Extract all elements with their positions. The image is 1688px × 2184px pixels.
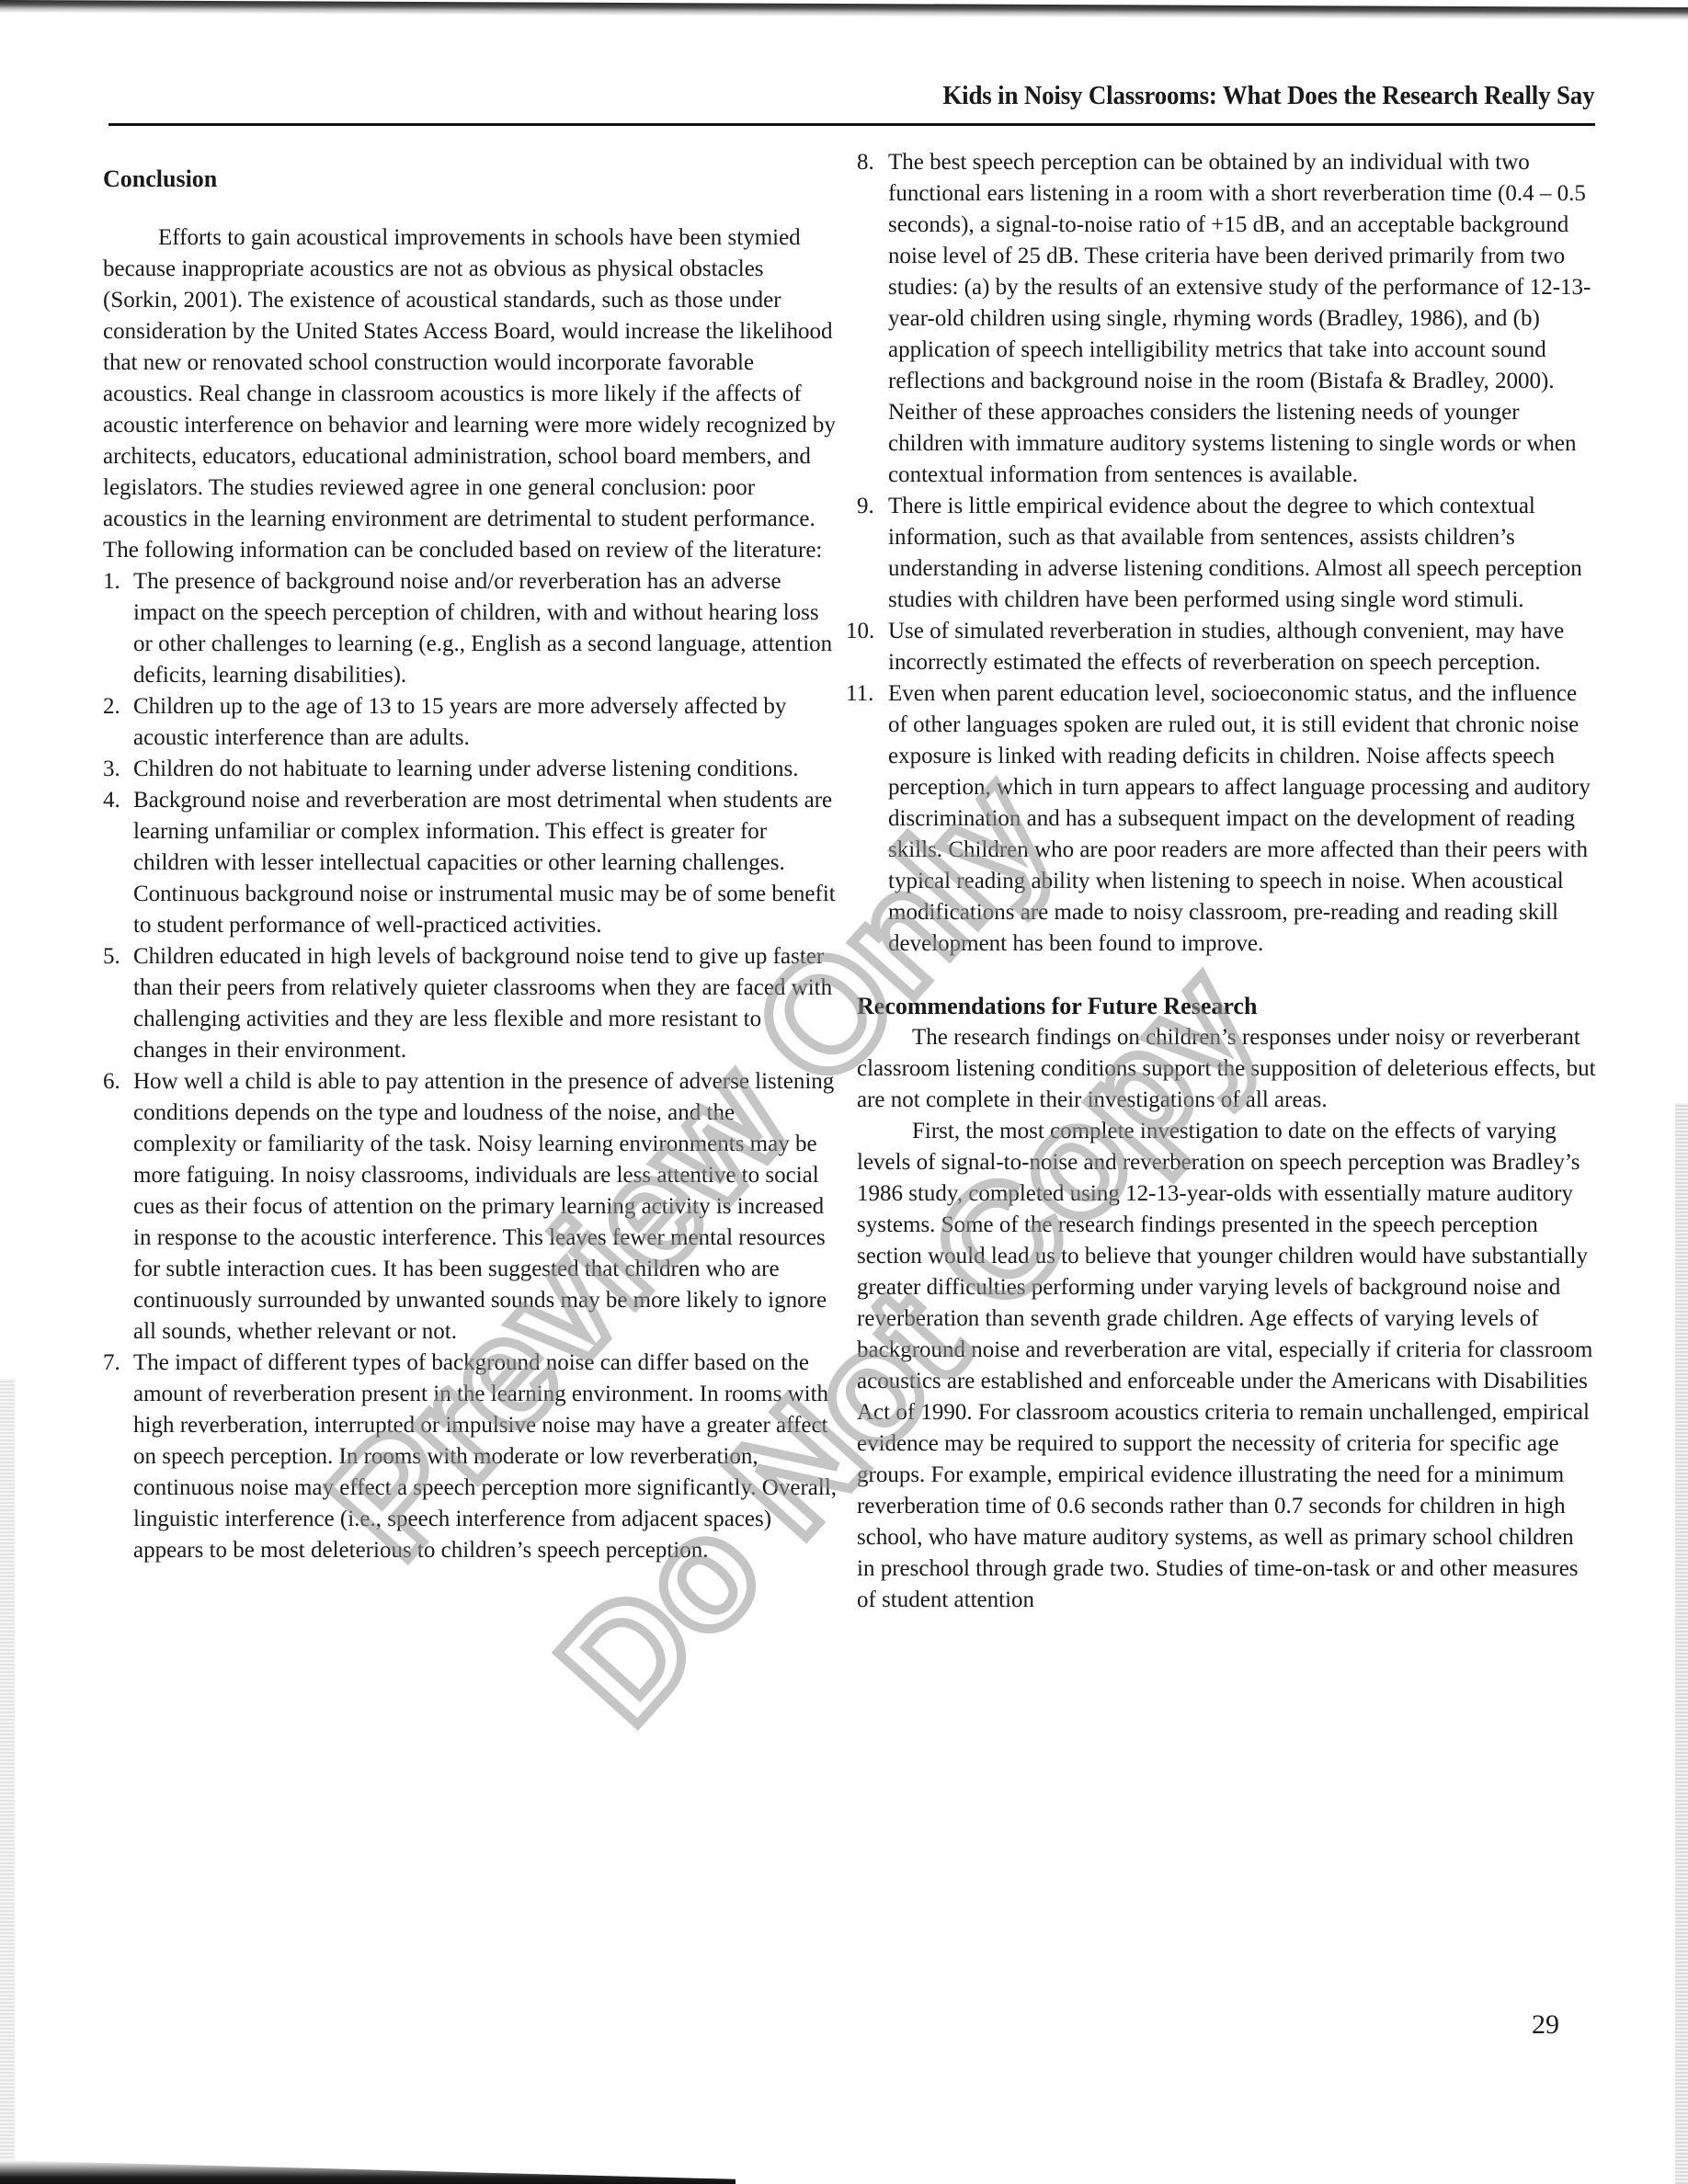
item-number: 5. — [103, 941, 120, 973]
list-item: 4.Background noise and reverberation are… — [103, 785, 838, 941]
left-column: Conclusion Efforts to gain acoustical im… — [103, 164, 838, 1566]
item-number: 1. — [103, 566, 120, 597]
item-text: There is little empirical evidence about… — [888, 494, 1582, 612]
right-column: 8.The best speech perception can be obta… — [857, 147, 1597, 1616]
item-text: The best speech perception can be obtain… — [888, 150, 1591, 487]
item-text: Background noise and reverberation are m… — [133, 788, 836, 938]
conclusion-list-part-2: 8.The best speech perception can be obta… — [857, 147, 1597, 960]
list-item: 6.How well a child is able to pay attent… — [103, 1066, 838, 1348]
item-text: Children do not habituate to learning un… — [133, 756, 798, 781]
item-text: The impact of different types of backgro… — [133, 1350, 837, 1563]
recommendations-paragraph: First, the most complete investigation t… — [857, 1116, 1597, 1616]
page-number: 29 — [1532, 2009, 1559, 2041]
list-item: 9.There is little empirical evidence abo… — [857, 491, 1597, 616]
header-rule — [108, 123, 1595, 126]
list-item: 10.Use of simulated reverberation in stu… — [857, 616, 1597, 678]
item-number: 8. — [857, 147, 874, 178]
item-number: 7. — [103, 1348, 120, 1379]
list-item: 5.Children educated in high levels of ba… — [103, 941, 838, 1066]
item-text: Children up to the age of 13 to 15 years… — [133, 694, 786, 750]
item-text: Children educated in high levels of back… — [133, 944, 832, 1063]
item-text: Even when parent education level, socioe… — [888, 681, 1591, 956]
item-number: 11. — [846, 678, 873, 710]
list-item: 3.Children do not habituate to learning … — [103, 754, 838, 785]
recommendations-heading: Recommendations for Future Research — [857, 991, 1597, 1022]
list-item: 11.Even when parent education level, soc… — [857, 678, 1597, 960]
item-number: 9. — [857, 491, 874, 522]
item-text: Use of simulated reverberation in studie… — [888, 619, 1564, 675]
item-number: 4. — [103, 785, 120, 816]
list-item: 2.Children up to the age of 13 to 15 yea… — [103, 691, 838, 754]
running-head: Kids in Noisy Classrooms: What Does the … — [942, 81, 1594, 111]
item-number: 10. — [846, 616, 874, 647]
list-item: 7.The impact of different types of backg… — [103, 1348, 838, 1566]
conclusion-intro: Efforts to gain acoustical improvements … — [103, 222, 838, 566]
scan-edge-bottom — [0, 2160, 736, 2184]
item-number: 2. — [103, 691, 120, 722]
list-item: 8.The best speech perception can be obta… — [857, 147, 1597, 491]
conclusion-heading: Conclusion — [103, 164, 838, 195]
list-item: 1.The presence of background noise and/o… — [103, 566, 838, 691]
scan-edge-right — [1675, 1103, 1688, 2184]
recommendations-paragraph: The research findings on children’s resp… — [857, 1022, 1597, 1116]
item-text: The presence of background noise and/or … — [133, 569, 832, 688]
conclusion-list-part-1: 1.The presence of background noise and/o… — [103, 566, 838, 1566]
scan-edge-top — [0, 0, 1688, 20]
item-number: 3. — [103, 754, 120, 785]
item-number: 6. — [103, 1066, 120, 1098]
scan-edge-left — [0, 1379, 15, 2184]
item-text: How well a child is able to pay attentio… — [133, 1069, 834, 1344]
